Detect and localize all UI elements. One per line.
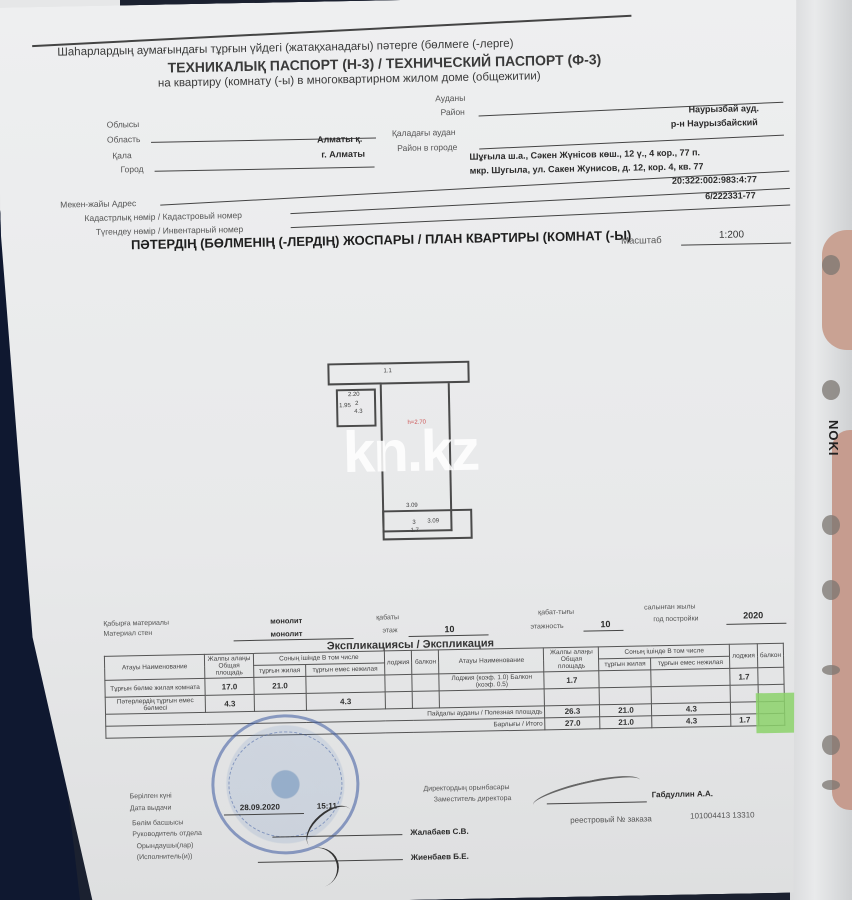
city-value-kz: Алматы қ. [317, 134, 363, 145]
city-value-ru: г. Алматы [321, 149, 365, 160]
city-district-value-ru: р-н Наурызбайский [671, 117, 758, 129]
floor-label-ru: этаж [382, 627, 397, 634]
plan-bath-width: 3.09 [406, 503, 418, 509]
row-name: Пәтерлердің тұрғын емес бөлмесі [105, 695, 205, 714]
col-living-2: тұрғын жилая [599, 658, 651, 671]
floor-label-kz: қабаты [376, 614, 399, 621]
finger [822, 230, 852, 350]
plan-bath-number: 3 [412, 520, 415, 526]
executor-label-kz: Орындаушы(лар) [136, 842, 193, 850]
row-balcony-2 [758, 667, 784, 684]
hole-icon [822, 665, 840, 675]
district-label-kz: Ауданы [435, 93, 465, 104]
plan-bath-side: 3.09 [427, 518, 439, 524]
inventory-line [291, 204, 791, 228]
explication-table: Атауы Наименование Жалпы алаңы Общая пло… [104, 643, 785, 739]
city-label-kz: Қала [112, 150, 132, 160]
col-balcony-2: балкон [757, 643, 784, 667]
sleeve-brand: NOKI [826, 420, 841, 457]
col-total: Жалпы алаңы Общая площадь [204, 653, 253, 678]
floors-label-kz: қабат-тығы [538, 609, 574, 617]
total-nonliving: 4.3 [652, 714, 731, 728]
plan-room2-area: 4.3 [354, 409, 362, 415]
material-value-kz: монолит [270, 616, 302, 626]
row-balcony [412, 674, 439, 692]
subtotal-living: 21.0 [600, 704, 652, 717]
year-label-kz: салынған жылы [644, 603, 696, 611]
row-total-2: 1.7 [544, 671, 599, 689]
order-number-label: реестровый № заказа [570, 814, 652, 825]
dept-head-name: Жалабаев С.В. [410, 827, 468, 837]
address-value-ru: мкр. Шугыла, ул. Сакен Жунисов, д. 12, к… [470, 161, 704, 175]
scale-label: Масштаб [621, 235, 662, 247]
row-nonliving-2 [651, 668, 730, 687]
executor-label-ru: (Исполнитель(и)) [137, 853, 193, 861]
row-name-2: Лоджия (коэф. 1.0) Балкон (коэф. 0.5) [439, 672, 544, 691]
row-name: Тұрғын бөлме жилая комната [105, 678, 205, 697]
district-label-ru: Район [440, 107, 464, 117]
year-line [726, 623, 786, 625]
deputy-label-ru: Заместитель директора [434, 795, 512, 803]
scale-value: 1:200 [719, 229, 744, 240]
row-loggia [385, 674, 413, 692]
executor-name: Жиенбаев Б.Е. [411, 852, 469, 862]
issue-date-label-ru: Дата выдачи [130, 805, 172, 813]
row-living: 21.0 [254, 676, 306, 694]
row-nonliving: 4.3 [306, 692, 385, 711]
floors-value: 10 [600, 619, 610, 629]
col-loggia-2: лоджия [730, 644, 758, 669]
year-label-ru: год постройки [653, 615, 698, 623]
order-number-value: 101004413 13310 [690, 810, 755, 820]
plan-room2-width: 2.20 [348, 392, 360, 398]
material-label-ru: Материал стен [103, 630, 152, 638]
address-value-kz: Шұғыла ш.а., Сәкен Жүнісов көш., 12 ү., … [469, 147, 700, 161]
material-value-ru: монолит [270, 629, 302, 639]
issue-date-label-kz: Берілген күні [130, 793, 172, 801]
hole-icon [822, 780, 840, 790]
issue-date-value: 28.09.2020 [240, 802, 280, 812]
hole-icon [822, 380, 840, 400]
floors-line [584, 630, 624, 632]
city-district-line [479, 135, 784, 150]
total-living: 21.0 [600, 716, 652, 729]
row-loggia-2: 1.7 [730, 668, 758, 686]
floor-line [409, 634, 489, 637]
subtotal-total: 26.3 [545, 705, 600, 718]
year-value: 2020 [743, 610, 763, 620]
cadastral-label: Кадастрлық нөмір / Кадастровый номер [84, 210, 242, 223]
hole-icon [822, 735, 840, 755]
city-line [155, 167, 375, 172]
floor-value: 10 [444, 624, 454, 634]
deputy-name: Габдуллин А.А. [652, 789, 713, 799]
city-district-label-kz: Қаладағы аудан [392, 127, 456, 138]
row-nonliving [306, 675, 385, 694]
total-total: 27.0 [545, 717, 600, 730]
technical-passport-document: Шаһарлардың аумағындағы тұрғын үйдегі (ж… [0, 0, 814, 900]
hole-icon [822, 515, 840, 535]
scale-line [681, 243, 791, 246]
city-district-label-ru: Район в городе [397, 142, 457, 153]
material-label-kz: Қабырға материалы [103, 620, 169, 628]
deputy-label-kz: Директордың орынбасары [423, 784, 509, 793]
dept-head-label-kz: Бөлім басшысы [132, 819, 183, 827]
col-living: тұрғын жилая [254, 664, 306, 677]
address-label: Мекен-жайы Адрес [60, 198, 136, 209]
plan-room2-number: 2 [355, 401, 358, 407]
total-loggia: 1.7 [731, 714, 759, 727]
floors-label-ru: этажность [530, 623, 563, 631]
hole-icon [822, 255, 840, 275]
plan-bath-area: 1.7 [410, 528, 418, 534]
row-total: 17.0 [205, 677, 254, 695]
green-sticky-tab [756, 692, 801, 733]
dept-head-label-ru: Руководитель отдела [132, 830, 202, 838]
plan-room2-side: 1.95 [339, 403, 351, 409]
col-name-2: Атауы Наименование [439, 648, 544, 674]
watermark-logo: kn.kz [342, 417, 478, 487]
col-loggia: лоджия [384, 650, 412, 675]
row-living-2 [599, 670, 651, 688]
signature-3 [531, 769, 643, 815]
address-line [160, 171, 789, 206]
plan-balcony [327, 361, 469, 386]
col-balcony: балкон [412, 650, 439, 675]
oblys-label-ru: Область [107, 134, 141, 145]
col-total-2: Жалпы алаңы Общая площадь [544, 647, 599, 672]
oblys-label-kz: Облысы [107, 119, 140, 130]
row-total: 4.3 [205, 694, 254, 712]
city-label-ru: Город [120, 164, 143, 174]
plan-balcony-label: 1.1 [383, 368, 391, 374]
city-district-value-kz: Наурызбай ауд. [688, 103, 759, 114]
row-living [254, 693, 306, 711]
col-name: Атауы Наименование [104, 654, 204, 680]
hole-icon [822, 580, 840, 600]
